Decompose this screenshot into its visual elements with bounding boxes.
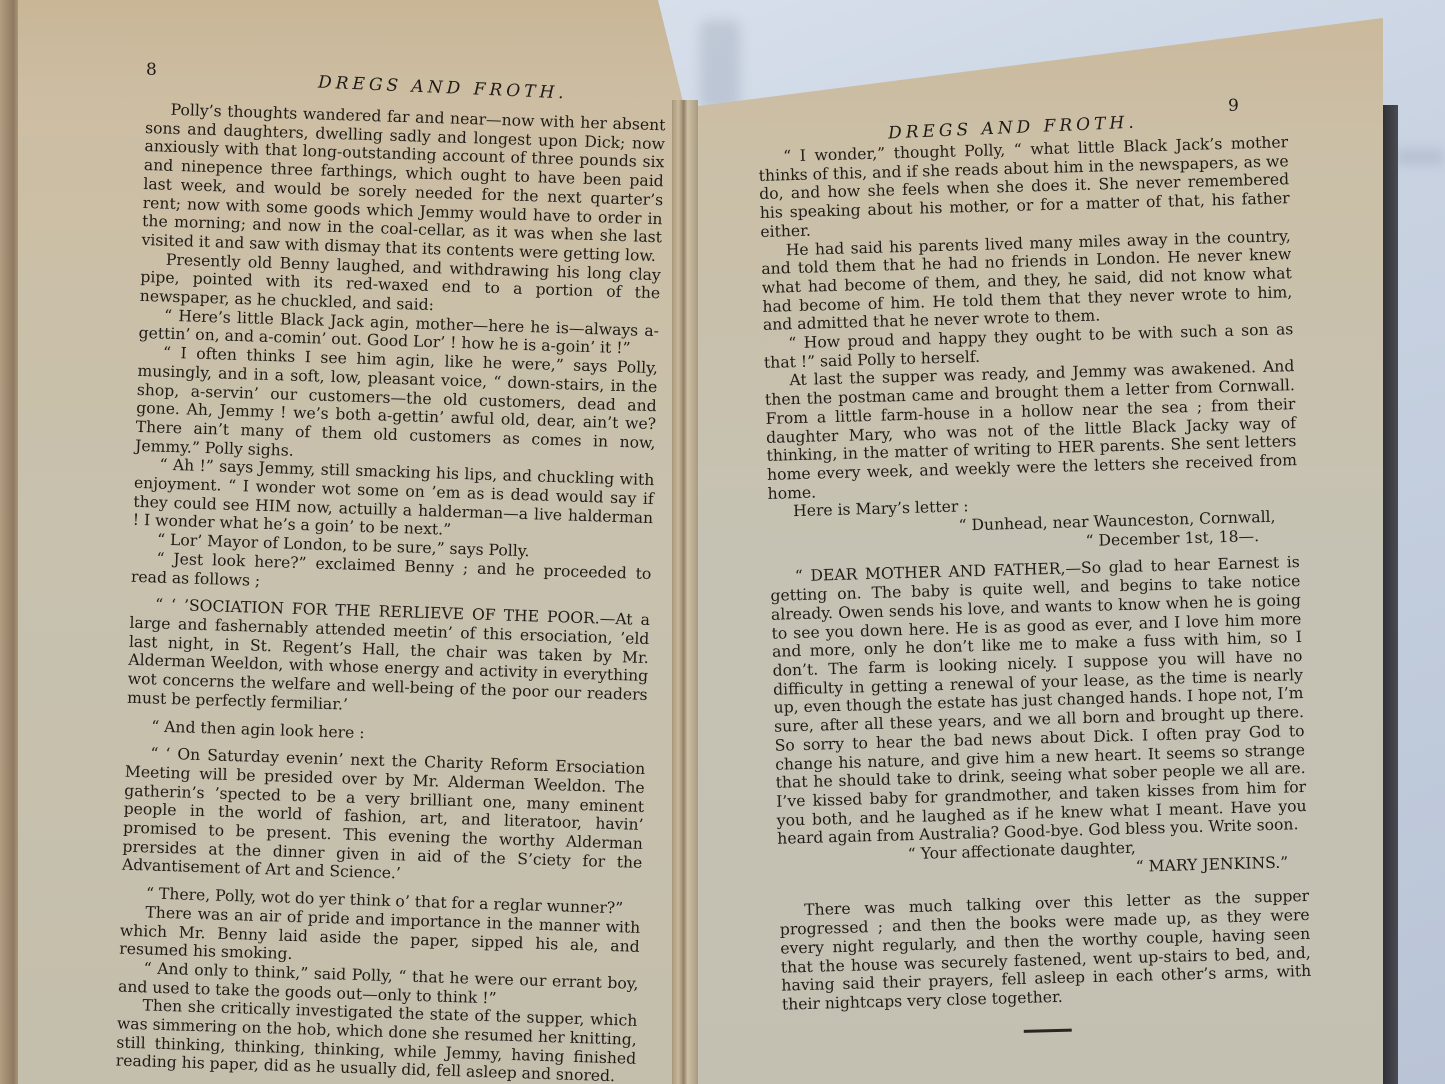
paragraph: He had said his parents lived many miles…	[761, 227, 1293, 335]
left-page-body: Polly’s thoughts wandered far and near—n…	[115, 100, 665, 1084]
paragraph: “ I wonder,” thought Polly, “ what littl…	[758, 133, 1290, 241]
paragraph: At last the supper was ready, and Jemmy …	[764, 358, 1297, 504]
paragraph: Polly’s thoughts wandered far and near—n…	[141, 100, 665, 266]
page-number-left: 8	[146, 60, 157, 80]
quoted-article: “ ‘ ’SOCIATION FOR THE RERLIEVE OF THE P…	[127, 595, 650, 723]
book-gutter	[672, 100, 698, 1084]
right-page: 9 DREGS AND FROTH. “ I wonder,” thought …	[683, 0, 1383, 1084]
paragraph: Then she critically investigated the sta…	[115, 996, 637, 1084]
quoted-article: “ ‘ On Saturday evenin’ next the Charity…	[122, 744, 646, 891]
paragraph: There was much talking over this letter …	[779, 887, 1312, 1014]
paragraph: “ I often thinks I see him agin, like he…	[135, 343, 658, 471]
left-page: 8 DREGS AND FROTH. Polly’s thoughts wand…	[18, 0, 685, 1084]
section-end-rule	[1024, 1028, 1072, 1032]
background-shadow	[1395, 150, 1445, 164]
background-shadow	[700, 20, 740, 110]
letter-text: —So glad to hear Earnest is getting on. …	[770, 554, 1307, 849]
page-number-right: 9	[1228, 96, 1239, 116]
running-head-left: DREGS AND FROTH.	[318, 73, 568, 104]
letter-body: “ DEAR MOTHER AND FATHER,—So glad to hea…	[770, 554, 1308, 849]
book-cover-edge	[1382, 105, 1398, 1084]
right-page-body: “ I wonder,” thought Polly, “ what littl…	[758, 133, 1313, 1039]
